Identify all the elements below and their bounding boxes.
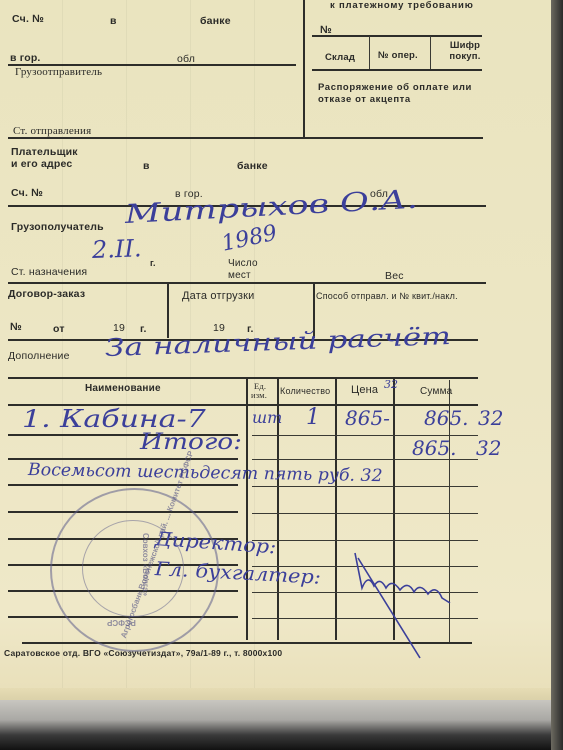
rule <box>8 484 238 486</box>
row-1-sum-kop-handwritten: 32 <box>478 406 503 430</box>
shipping-method-label: Способ отправл. и № квит./накл. <box>316 291 458 301</box>
rule <box>252 486 478 487</box>
sender-account-label: Сч. № <box>12 13 44 25</box>
year-handwritten: 1989 <box>219 221 279 257</box>
consignee-label: Грузополучатель <box>11 221 104 233</box>
contract-from-label: от <box>53 323 65 335</box>
destination-station-label: Ст. назначения <box>11 266 87 278</box>
divider <box>303 0 305 137</box>
photo-background <box>0 700 563 750</box>
contract-number-label: № <box>10 321 22 333</box>
payment-order-note: Распоряжение об оплате или отказе от акц… <box>318 82 483 106</box>
rule <box>312 69 482 71</box>
addition-handwritten: За наличный расчёт <box>105 322 452 362</box>
rule <box>312 35 482 37</box>
buyer-code-header: Шифр покуп. <box>445 40 485 62</box>
operation-number-header: № опер. <box>378 50 418 61</box>
row-1-quantity-handwritten: 1 <box>306 405 320 430</box>
sender-city-label: в гор. <box>10 52 41 64</box>
total-in-words-handwritten: Восемьсот шестьдесят пять руб. 32 <box>28 460 383 486</box>
signature-scribble-icon <box>350 548 490 668</box>
ship-date-label: Дата отгрузки <box>182 290 254 302</box>
payer-in-label: в <box>143 160 150 172</box>
photo-edge <box>551 0 563 750</box>
contract-label: Договор-заказ <box>8 288 85 300</box>
divider <box>369 36 370 69</box>
addition-label: Дополнение <box>8 350 70 362</box>
row-1-sum-rub-handwritten: 865. <box>424 406 469 430</box>
payment-request-header: к платежному требованию <box>330 0 474 11</box>
row-1-unit-handwritten: шт <box>252 408 282 427</box>
shipper-label: Грузоотправитель <box>15 66 102 78</box>
stamp-bottom-text: РСФСР <box>107 618 136 627</box>
row-1-price-handwritten: 865- <box>345 406 390 430</box>
divider <box>167 283 169 338</box>
weight-label: Вес <box>385 270 404 282</box>
form-publisher-footer: Саратовское отд. ВГО «Союзучетиздат», 79… <box>4 648 282 658</box>
contract-year-prefix: 19 <box>113 322 125 334</box>
year-label: г. <box>150 258 156 268</box>
header-price: Цена <box>351 384 378 396</box>
places-label-line1: Число <box>228 258 258 269</box>
departure-station-label: Ст. отправления <box>13 125 91 137</box>
rule <box>8 137 483 139</box>
header-quantity: Количество <box>280 386 330 396</box>
header-unit-line2: изм. <box>251 391 267 400</box>
payer-account-label: Сч. № <box>11 187 43 199</box>
warehouse-header: Склад <box>325 52 355 63</box>
column-divider <box>246 378 248 640</box>
total-rub-handwritten: 865. <box>412 436 457 460</box>
total-kop-handwritten: 32 <box>476 436 501 460</box>
column-divider <box>335 378 337 640</box>
stamp-center-text: Совхоз «Волга» <box>141 533 150 596</box>
rule <box>252 540 478 541</box>
rule <box>8 282 486 284</box>
payer-bank-label: банке <box>237 160 268 172</box>
header-name: Наименование <box>85 383 161 394</box>
invoice-paper: Сч. № в банке в гор. обл Грузоотправител… <box>0 0 553 725</box>
rule <box>252 513 478 514</box>
header-sum: Сумма <box>420 386 452 397</box>
places-label-line2: мест <box>228 270 251 281</box>
row-1-name-handwritten: 1. Кабина-7 <box>22 405 206 433</box>
rule <box>8 377 478 379</box>
date-handwritten: 2.II. <box>92 234 142 264</box>
sender-in-label: в <box>110 15 117 27</box>
price-header-note-handwritten: 32 <box>384 378 398 391</box>
payer-label-line2: и его адрес <box>11 158 72 170</box>
divider <box>430 36 431 69</box>
sender-bank-label: банке <box>200 15 231 27</box>
payer-label-line1: Плательщик <box>11 146 78 158</box>
